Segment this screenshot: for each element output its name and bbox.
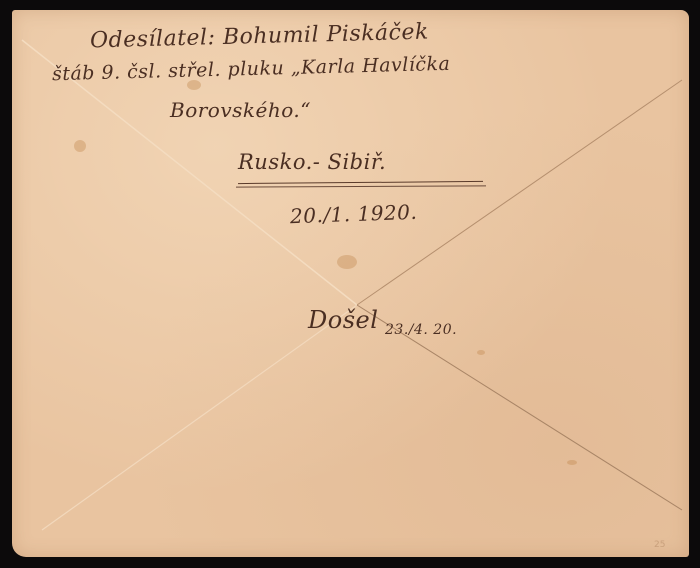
stain	[74, 140, 86, 152]
received-date: 23./4. 20.	[385, 322, 457, 338]
received-note: Došel	[308, 306, 378, 334]
corner-mark: 25	[654, 540, 665, 550]
date-sent: 20./1. 1920.	[290, 200, 418, 228]
stain	[337, 255, 357, 269]
envelope-fold-lines	[12, 10, 689, 557]
stain	[567, 460, 577, 465]
place-line: Rusko.- Sibiř.	[238, 150, 386, 174]
unit-line-continuation: Borovského.“	[170, 98, 311, 122]
stain	[477, 350, 485, 355]
envelope-back: Odesílatel: Bohumil Piskáček štáb 9. čsl…	[12, 10, 689, 557]
